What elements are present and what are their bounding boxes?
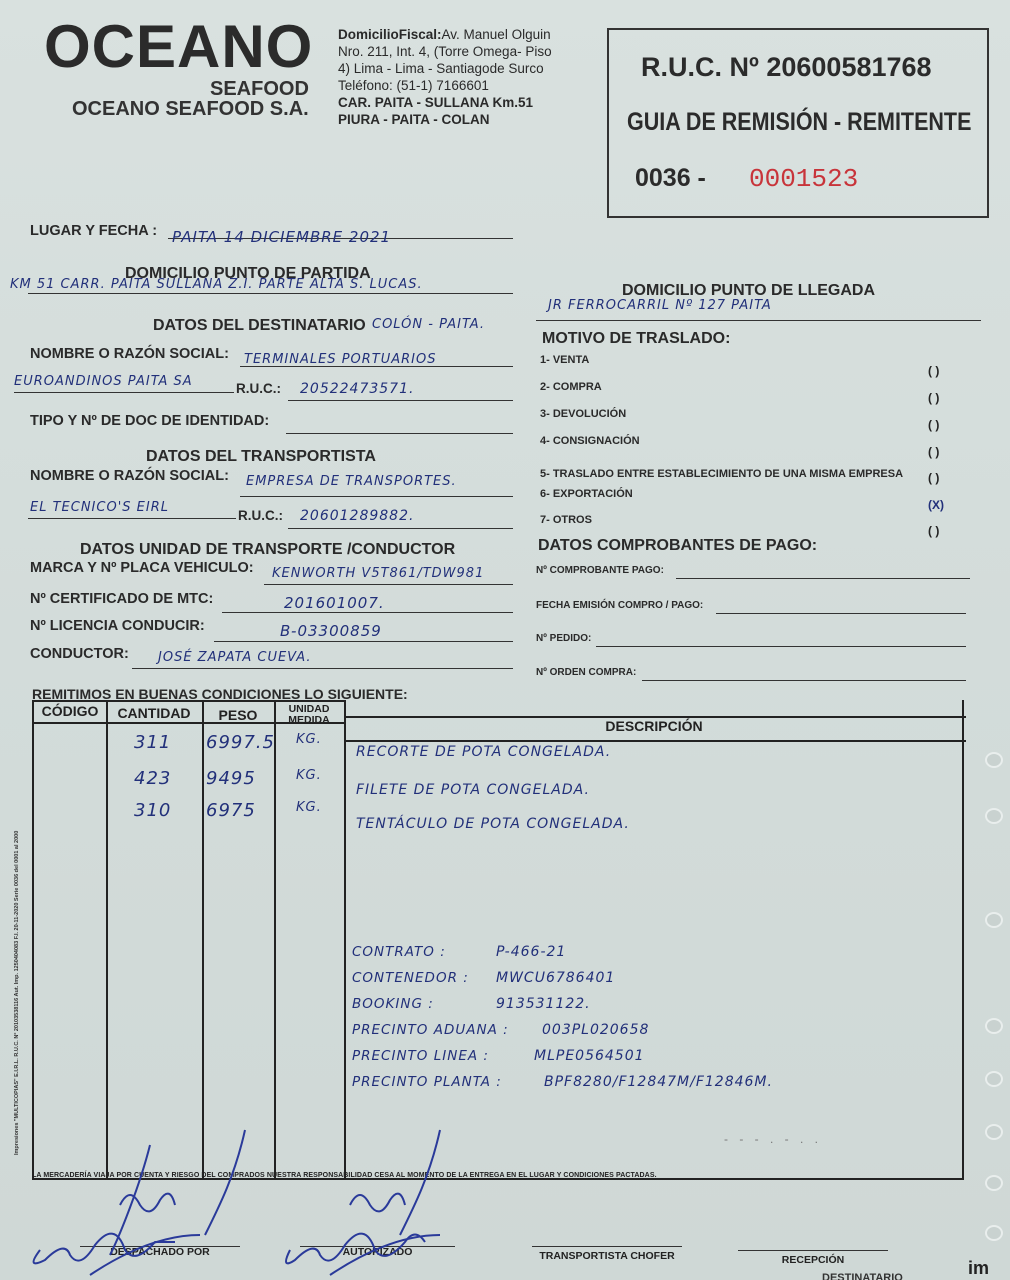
document-serie: 0036 - [635, 164, 706, 193]
note-value: BPF8280/F12847M/F12846M. [544, 1074, 773, 1090]
motivo-checkbox[interactable]: ( ) [928, 364, 939, 378]
motivo-option-label: 1- VENTA [540, 354, 589, 366]
transportista-ruc-value: 20601289882. [300, 508, 414, 524]
pago-field-label: FECHA EMISIÓN COMPRO / PAGO: [536, 600, 703, 611]
transportista-nombre-label: NOMBRE O RAZÓN SOCIAL: [30, 468, 229, 484]
document-title: GUIA DE REMISIÓN - REMITENTE [627, 108, 971, 137]
partida-value: KM 51 CARR. PAITA SULLANA Z.I. PARTE ALT… [10, 277, 423, 292]
motivo-title: MOTIVO DE TRASLADO: [542, 330, 730, 348]
binding-hole [985, 808, 1003, 824]
unidad-title: DATOS UNIDAD DE TRANSPORTE /CONDUCTOR [80, 541, 455, 559]
item-descripcion: TENTÁCULO DE POTA CONGELADA. [356, 816, 630, 832]
destinatario-nombre-line1: TERMINALES PORTUARIOS [244, 352, 437, 367]
placa-label: MARCA Y Nº PLACA VEHICULO: [30, 560, 254, 576]
motivo-option-label: 2- COMPRA [540, 381, 602, 393]
sig-transportista: TRANSPORTISTA CHOFER [532, 1250, 682, 1262]
header-codigo: CÓDIGO [34, 703, 106, 719]
binding-hole [985, 1175, 1003, 1191]
transportista-nombre-line1: EMPRESA DE TRANSPORTES. [246, 474, 457, 489]
pago-field-label: Nº ORDEN COMPRA: [536, 667, 636, 678]
note-value: MWCU6786401 [496, 970, 615, 986]
destinatario-ruc-value: 20522473571. [300, 381, 414, 397]
faint-marks: - - - . - . . [724, 1132, 822, 1146]
binding-hole [985, 752, 1003, 768]
note-value: 913531122. [496, 996, 591, 1012]
destinatario-title: DATOS DEL DESTINATARIO [153, 317, 366, 335]
note-label: PRECINTO ADUANA : [352, 1022, 509, 1038]
company-logo: OCEANO [44, 12, 313, 81]
item-cantidad: 311 [134, 732, 171, 753]
item-descripcion: RECORTE DE POTA CONGELADA. [356, 744, 611, 760]
item-peso: 9495 [206, 768, 256, 789]
header-peso: PESO [202, 707, 274, 723]
note-value: P-466-21 [496, 944, 566, 960]
binding-hole [985, 1225, 1003, 1241]
motivo-checkbox[interactable]: (X) [928, 498, 944, 512]
signature-scribbles [20, 1125, 480, 1280]
placa-value: KENWORTH V5T861/TDW981 [272, 566, 484, 581]
pago-field-label: Nº COMPROBANTE PAGO: [536, 565, 664, 576]
destinatario-nombre-label: NOMBRE O RAZÓN SOCIAL: [30, 346, 229, 362]
header-cantidad: CANTIDAD [106, 705, 202, 721]
pago-title: DATOS COMPROBANTES DE PAGO: [538, 537, 817, 555]
sig-recepcion: RECEPCIÓN [738, 1254, 888, 1266]
mtc-value: 201601007. [284, 594, 385, 612]
transportista-title: DATOS DEL TRANSPORTISTA [146, 448, 376, 466]
remission-guide-document: OCEANO SEAFOOD OCEANO SEAFOOD S.A. Domic… [0, 0, 1010, 1280]
llegada-value: JR FERROCARRIL Nº 127 PAITA [548, 298, 772, 313]
destinatario-ruc-label: R.U.C.: [236, 381, 281, 396]
item-peso: 6997.5 [206, 732, 275, 753]
printer-side-text: Impresiones "MULTICOPIAS" E.I.R.L. R.U.C… [14, 705, 28, 1155]
motivo-option-label: 5- TRASLADO ENTRE ESTABLECIMIENTO DE UNA… [540, 468, 903, 480]
doc-identidad-label: TIPO Y Nº DE DOC DE IDENTIDAD: [30, 413, 269, 429]
note-value: MLPE0564501 [534, 1048, 645, 1064]
document-id-box: R.U.C. Nº 20600581768 GUIA DE REMISIÓN -… [607, 28, 989, 218]
item-unidad: KG. [296, 732, 322, 747]
note-label: BOOKING : [352, 996, 434, 1012]
document-number: 0001523 [749, 164, 858, 194]
pago-field-input[interactable] [642, 680, 966, 681]
note-label: PRECINTO PLANTA : [352, 1074, 502, 1090]
licencia-value: B-03300859 [280, 622, 382, 640]
company-address: DomicilioFiscal:Av. Manuel Olguin Nro. 2… [338, 26, 598, 128]
motivo-option-label: 6- EXPORTACIÓN [540, 488, 633, 500]
motivo-checkbox[interactable]: ( ) [928, 471, 939, 485]
binding-hole [985, 912, 1003, 928]
licencia-label: Nº LICENCIA CONDUCIR: [30, 618, 205, 634]
destinatario-note: COLÓN - PAITA. [372, 317, 485, 332]
note-value: 003PL020658 [542, 1022, 649, 1038]
note-label: CONTENEDOR : [352, 970, 469, 986]
header-unidad: UNIDAD MEDIDA [274, 704, 344, 726]
pago-field-input[interactable] [716, 613, 966, 614]
lugar-fecha-label: LUGAR Y FECHA : [30, 223, 157, 239]
binding-hole [985, 1124, 1003, 1140]
item-cantidad: 423 [134, 768, 171, 789]
pago-field-input[interactable] [596, 646, 966, 647]
transportista-nombre-line2: EL TECNICO'S EIRL [30, 500, 169, 515]
binding-hole [985, 1071, 1003, 1087]
motivo-checkbox[interactable]: ( ) [928, 524, 939, 538]
note-label: CONTRATO : [352, 944, 446, 960]
mtc-label: Nº CERTIFICADO DE MTC: [30, 591, 213, 607]
ruc-number: R.U.C. Nº 20600581768 [641, 52, 932, 83]
conductor-value: JOSÉ ZAPATA CUEVA. [158, 650, 311, 665]
motivo-option-label: 3- DEVOLUCIÓN [540, 408, 626, 420]
motivo-checkbox[interactable]: ( ) [928, 391, 939, 405]
pago-field-input[interactable] [676, 578, 970, 579]
header-descripcion: DESCRIPCIÓN [344, 718, 964, 734]
motivo-checkbox[interactable]: ( ) [928, 418, 939, 432]
item-cantidad: 310 [134, 800, 171, 821]
items-table: CÓDIGO CANTIDAD PESO UNIDAD MEDIDA DESCR… [32, 700, 964, 1180]
conductor-label: CONDUCTOR: [30, 646, 129, 662]
motivo-option-label: 7- OTROS [540, 514, 592, 526]
pago-field-label: Nº PEDIDO: [536, 633, 591, 644]
destinatario-nombre-line2: EUROANDINOS PAITA SA [14, 374, 193, 389]
item-descripcion: FILETE DE POTA CONGELADA. [356, 782, 590, 798]
company-name: OCEANO SEAFOOD S.A. [72, 98, 309, 121]
motivo-option-label: 4- CONSIGNACIÓN [540, 435, 640, 447]
printer-logo: im [968, 1258, 989, 1279]
motivo-checkbox[interactable]: ( ) [928, 445, 939, 459]
item-unidad: KG. [296, 768, 322, 783]
transportista-ruc-label: R.U.C.: [238, 508, 283, 523]
item-peso: 6975 [206, 800, 256, 821]
item-unidad: KG. [296, 800, 322, 815]
destinatario-partial-label: DESTINATARIO [822, 1272, 903, 1280]
lugar-fecha-value: PAITA 14 DICIEMBRE 2021 [172, 228, 391, 246]
binding-hole [985, 1018, 1003, 1034]
note-label: PRECINTO LINEA : [352, 1048, 489, 1064]
